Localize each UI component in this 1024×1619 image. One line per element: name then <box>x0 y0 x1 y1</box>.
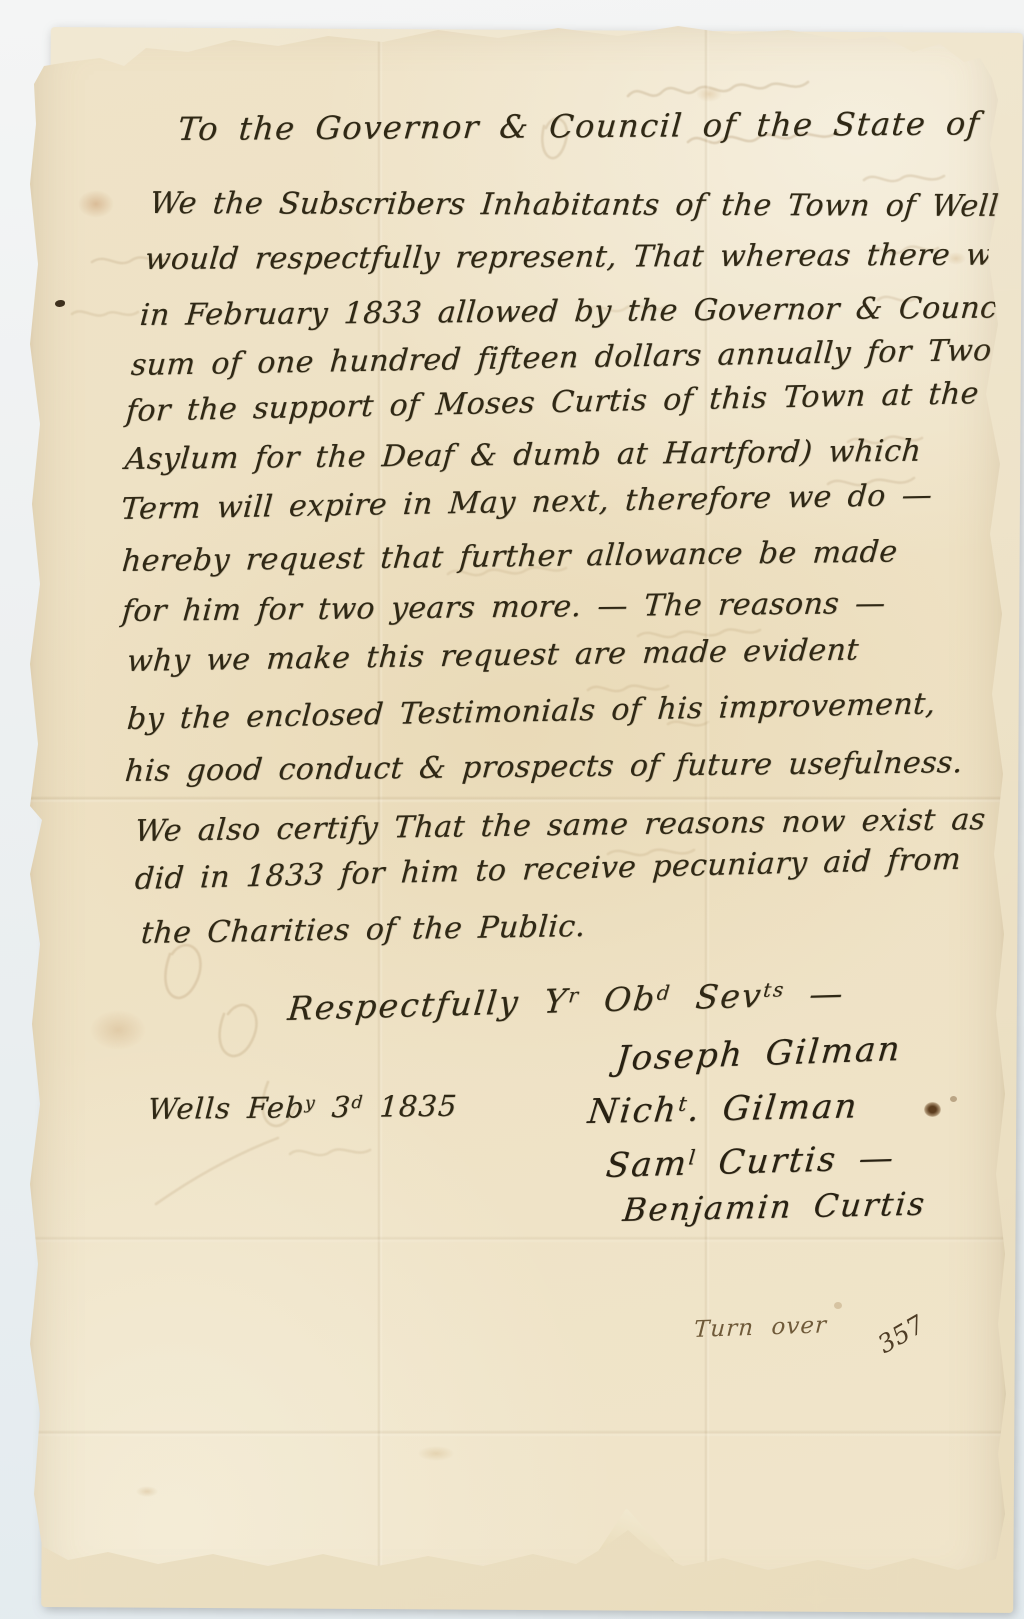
dateline-year: 1835 <box>362 1089 458 1124</box>
signature-nicholas-gilman: Nicht. Gilman <box>586 1086 860 1132</box>
dateline-text: 3 <box>314 1090 352 1124</box>
turn-over-note: Turn over <box>693 1312 827 1343</box>
photo-backdrop: To the Governor & Council of the State o… <box>0 0 1024 1619</box>
letter-sheet: To the Governor & Council of the State o… <box>28 14 1006 1606</box>
signature-text: Sam <box>604 1144 690 1186</box>
signature-samuel-curtis: Saml Curtis — <box>604 1138 897 1186</box>
closing-dash: — <box>783 974 846 1015</box>
closing-text: Sev <box>669 976 764 1018</box>
body-line-2: would respectfully represent, That where… <box>144 237 1024 277</box>
closing-text: Respectfully Y <box>286 981 570 1028</box>
dateline: Wells Feby 3d 1835 <box>147 1089 458 1126</box>
salutation-line: To the Governor & Council of the State o… <box>176 104 1024 148</box>
signature-text: Curtis — <box>695 1138 897 1184</box>
signature-text: . Gilman <box>686 1086 860 1130</box>
closing-superscript-ts: ts <box>762 978 786 1002</box>
signature-text: Nich <box>586 1090 680 1132</box>
signature-benjamin-curtis: Benjamin Curtis <box>621 1185 928 1229</box>
body-line-1: We the Subscribers Inhabitants of the To… <box>148 186 1024 224</box>
body-line-15: the Charities of the Public. <box>140 909 587 951</box>
closing-text: Ob <box>578 979 659 1020</box>
dateline-text: Wells Feb <box>147 1090 306 1126</box>
